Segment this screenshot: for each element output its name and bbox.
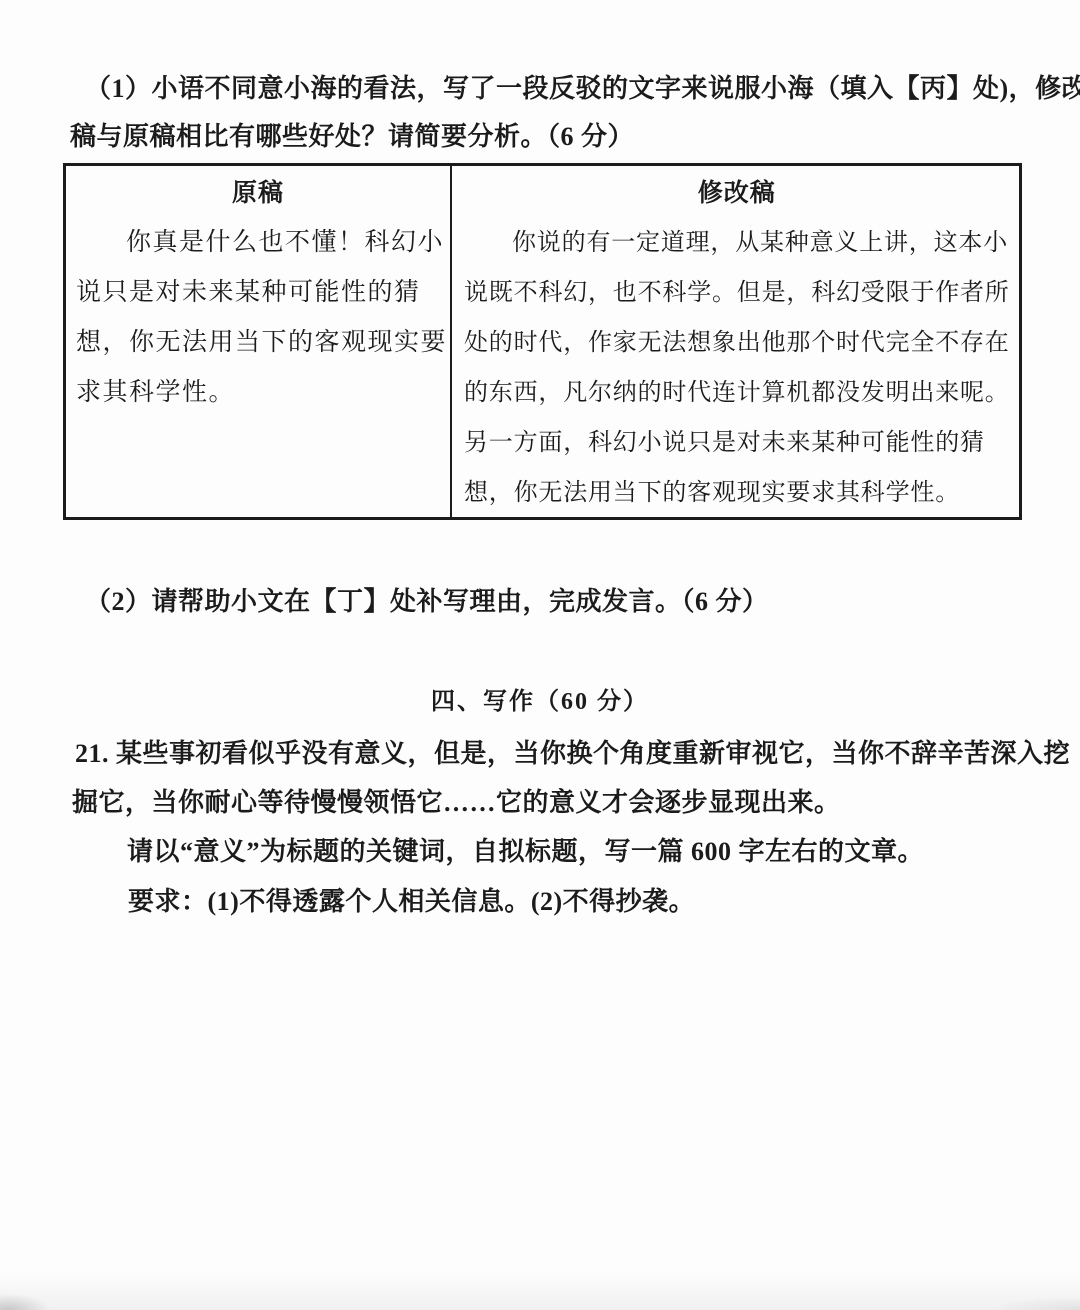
original-draft-header: 原稿 <box>76 174 440 214</box>
revised-draft-header: 修改稿 <box>464 174 1010 214</box>
question21-line2: 掘它，当你耐心等待慢慢领悟它……它的意义才会逐步显现出来。 <box>72 782 841 819</box>
original-draft-line: 说只是对未来某种可能性的猜 <box>76 268 440 318</box>
original-draft-line: 求其科学性。 <box>76 368 440 418</box>
original-draft-text: 你真是什么也不懂！科幻小 说只是对未来某种可能性的猜 想，你无法用当下的客观现实… <box>76 218 440 418</box>
revised-draft-cell: 修改稿 你说的有一定道理，从某种意义上讲，这本小 说既不科幻，也不科学。但是，科… <box>452 166 1022 517</box>
revised-draft-line: 想，你无法用当下的客观现实要求其科学性。 <box>464 468 1010 518</box>
original-draft-cell: 原稿 你真是什么也不懂！科幻小 说只是对未来某种可能性的猜 想，你无法用当下的客… <box>66 166 452 517</box>
revised-draft-line: 你说的有一定道理，从某种意义上讲，这本小 <box>464 218 1010 268</box>
original-draft-line: 你真是什么也不懂！科幻小 <box>76 218 440 268</box>
question2-text: （2）请帮助小文在【丁】处补写理由，完成发言。（6 分） <box>85 581 769 618</box>
section4-heading: 四、写作（60 分） <box>0 681 1080 716</box>
revised-draft-line: 另一方面，科幻小说只是对未来某种可能性的猜 <box>464 418 1010 468</box>
revised-draft-line: 说既不科幻，也不科学。但是，科幻受限于作者所 <box>464 268 1010 318</box>
revised-draft-text: 你说的有一定道理，从某种意义上讲，这本小 说既不科幻，也不科学。但是，科幻受限于… <box>464 218 1010 518</box>
exam-paper-page: （1）小语不同意小海的看法，写了一段反驳的文字来说服小海（填入【丙】处)，修改 … <box>0 0 1080 1310</box>
question1-line1: （1）小语不同意小海的看法，写了一段反驳的文字来说服小海（填入【丙】处)，修改 <box>85 68 1080 105</box>
revised-draft-line: 处的时代，作家无法想象出他那个时代完全不存在 <box>464 318 1010 368</box>
original-draft-line: 想，你无法用当下的客观现实要 <box>76 318 440 368</box>
revised-draft-line: 的东西，凡尔纳的时代连计算机都没发明出来呢。 <box>464 368 1010 418</box>
question21-requirements: 要求：(1)不得透露个人相关信息。(2)不得抄袭。 <box>128 881 695 918</box>
question21-line1: 21. 某些事初看似乎没有意义，但是，当你换个角度重新审视它，当你不辞辛苦深入挖 <box>75 733 1070 770</box>
question1-line2: 稿与原稿相比有哪些好处？请简要分析。（6 分） <box>70 116 634 153</box>
question21-instruction: 请以“意义”为标题的关键词，自拟标题，写一篇 600 字左右的文章。 <box>127 831 924 868</box>
draft-comparison-table: 原稿 你真是什么也不懂！科幻小 说只是对未来某种可能性的猜 想，你无法用当下的客… <box>63 163 1022 520</box>
